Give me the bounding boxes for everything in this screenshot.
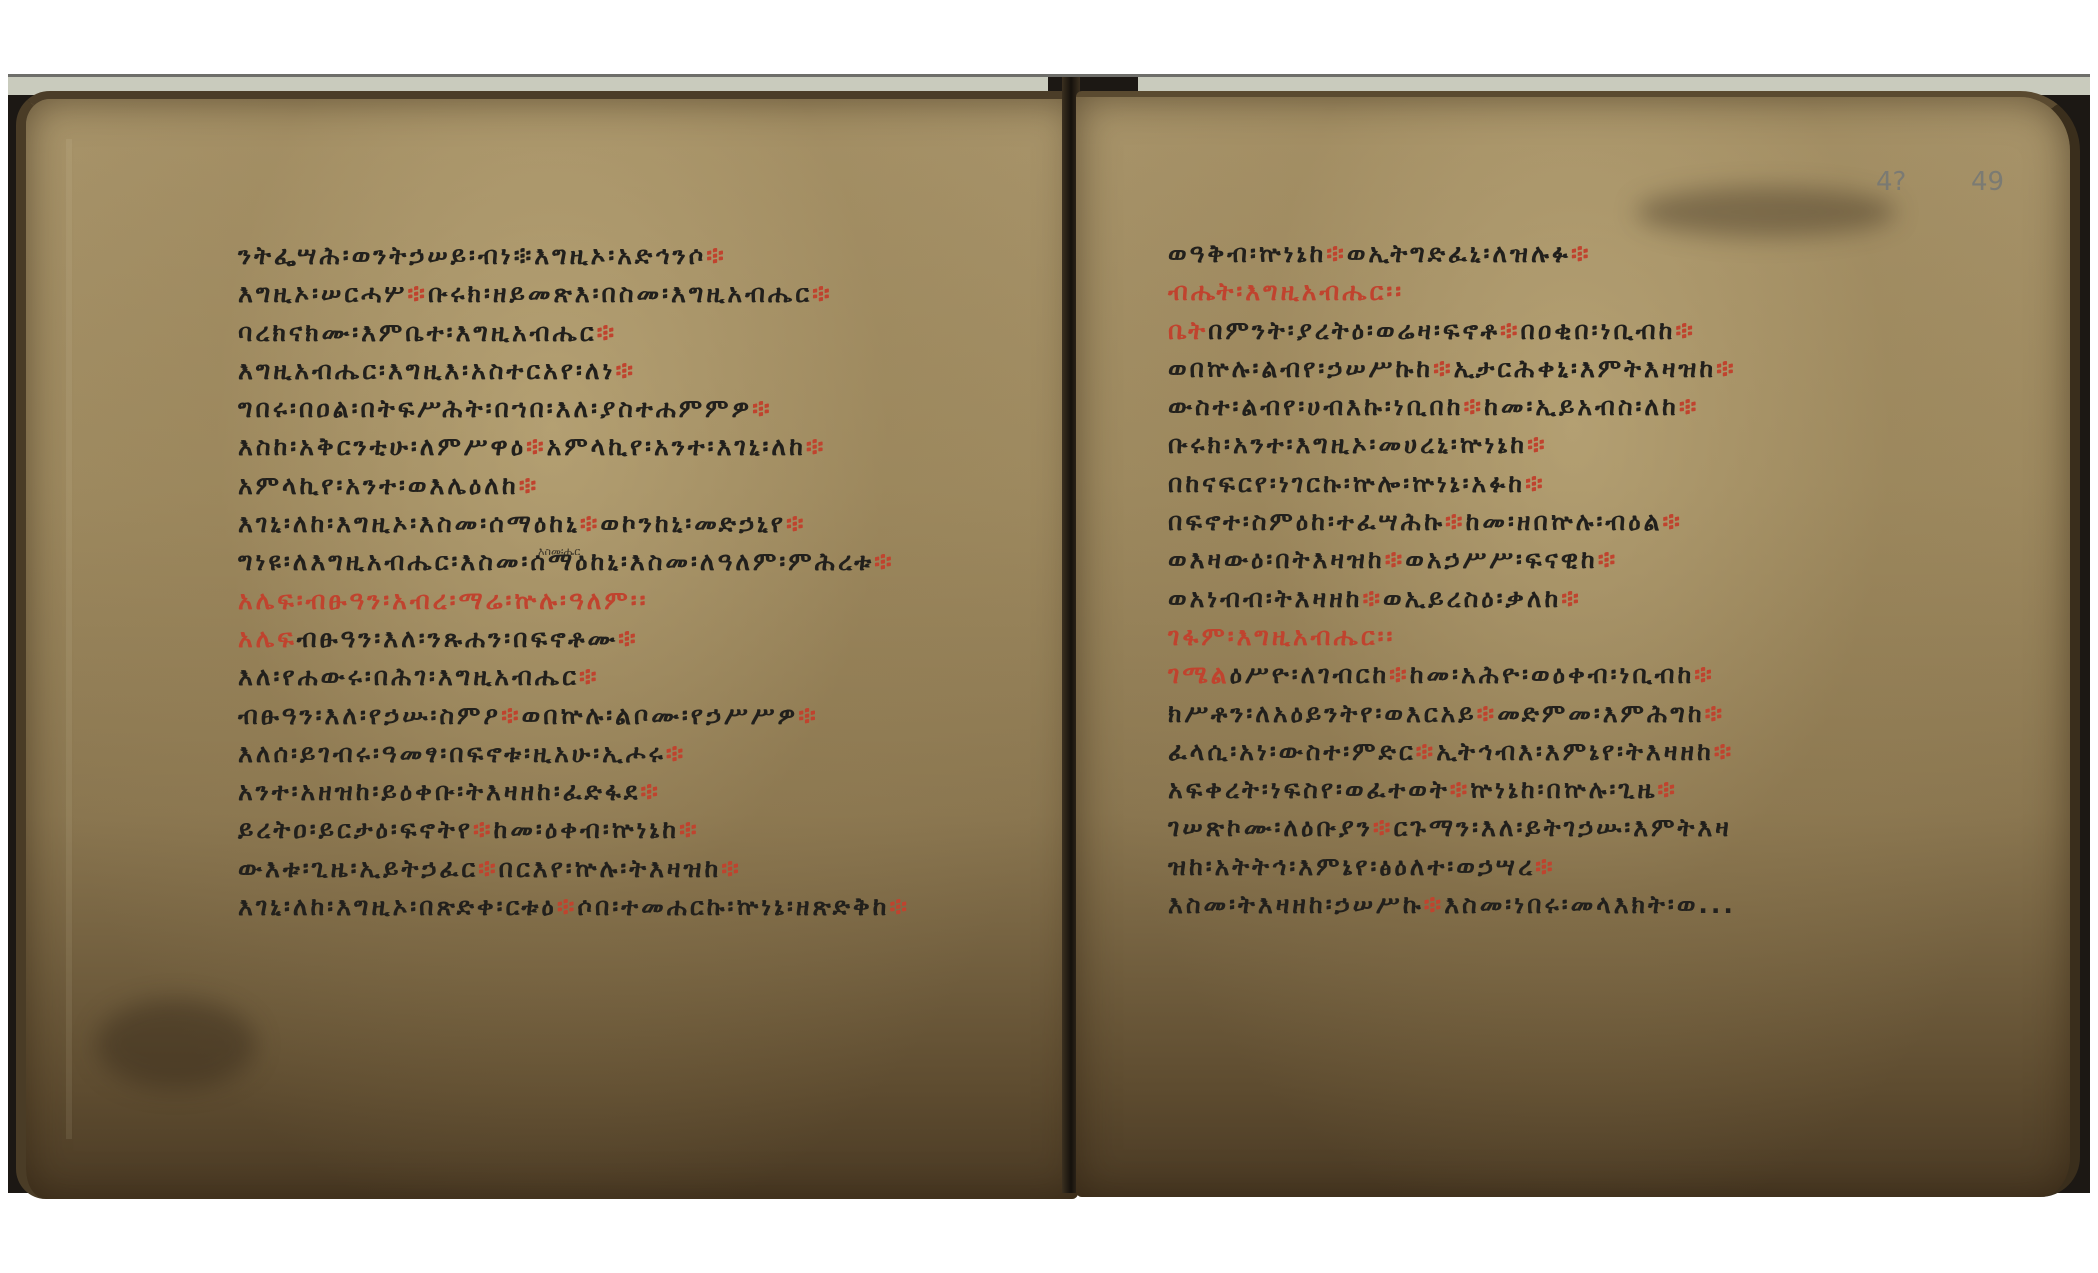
text-line: ቤትበምንት፡ያረትዕ፡ወሬዛ፡ፍኖቶ፨በዐቂበ፡ነቢብከ፨ <box>1168 312 1737 350</box>
text-line: እስመ፡ትእዛዘከ፡ኃሠሥኩ፨እስመ፡ነበሩ፡መላእክት፡ወ... <box>1168 886 1737 924</box>
text-line: ወበኵሉ፡ልብየ፡ኃሠሥኩከ፨ኢታርሕቀኒ፡እምትእዛዝከ፨ <box>1168 350 1737 388</box>
verse-divider-icon: ፨ <box>1500 316 1521 345</box>
verse-end-icon: ፨ <box>1535 852 1556 881</box>
verse-end-icon: ፨ <box>721 854 742 883</box>
text-line: እገኒ፡ለከ፡እግዚኦ፡በጽድቀ፡ርቱዕ፨ሶበ፡ተመሐርኩ፡ኵነኔ፡ዘጽድቅከ፨ <box>238 888 910 926</box>
verse-divider-icon: ፨ <box>1416 737 1437 766</box>
text-line: ገሜልዕሥዮ፡ለገብርከ፨ከመ፡አሕዮ፡ወዕቀብ፡ነቢብከ፨ <box>1168 656 1737 694</box>
text-line: እግዚአብሔር፡እግዚእ፡አስተርአየ፡ለነ፨ <box>238 352 910 390</box>
verse-divider-icon: ፨ <box>1445 507 1466 536</box>
line-text: ፈላሲ፡አነ፡ውስተ፡ምድር <box>1168 737 1416 766</box>
verse-end-icon: ፨ <box>519 471 540 500</box>
verse-divider-icon: ፨ <box>526 432 547 461</box>
verse-end-icon: ፨ <box>798 701 819 730</box>
verse-divider-icon: ፨ <box>1389 660 1410 689</box>
line-text: ይረትዐ፡ይርታዕ፡ፍኖትየ <box>238 815 473 844</box>
verse-end-icon: ፨ <box>1675 316 1696 345</box>
verse-end-icon: ፨ <box>1571 239 1592 268</box>
line-text: በፍኖተ፡ስምዕከ፡ተፈሣሕኩ <box>1168 507 1445 536</box>
verse-end-icon: ፨ <box>806 432 827 461</box>
line-text-continued: ከመ፡ዕቀብ፡ኵነኔከ <box>494 815 680 844</box>
line-text: ገፋም፡እግዚአብሔር፡፡ <box>1168 622 1395 651</box>
line-text: ባረክናክሙ፡እምቤተ፡እግዚአብሔር <box>238 318 597 347</box>
verse-end-icon: ፨ <box>579 662 600 691</box>
line-text: እስከ፡አቅርንቲሁ፡ለምሥዋዕ <box>238 432 526 461</box>
text-line: ክሥቶን፡ለአዕይንትየ፡ወእርአይ፨መድምመ፡እምሕግከ፨ <box>1168 695 1737 733</box>
text-line: በፍኖተ፡ስምዕከ፡ተፈሣሕኩ፨ከመ፡ዘበኵሉ፡ብዕል፨ <box>1168 503 1737 541</box>
text-line: እለሰ፡ይገብሩ፡ዓመፃ፡በፍኖቱ፡ዚአሁ፡ኢሖሩ፨ <box>238 735 910 773</box>
line-text: ወእዛውዕ፡በትእዛዝከ <box>1168 545 1385 574</box>
text-line: ባረክናክሙ፡እምቤተ፡እግዚአብሔር፨ <box>238 314 910 352</box>
line-text-continued: ከመ፡አሕዮ፡ወዕቀብ፡ነቢብከ <box>1410 660 1695 689</box>
verse-end-icon: ፨ <box>1561 584 1582 613</box>
text-line: ወዓቅብ፡ኵነኔከ፨ወኢትግድፈኒ፡ለዝሉፉ፨ <box>1168 235 1737 273</box>
text-line: ወአነብብ፡ትእዛዘከ፨ወኢይረስዕ፡ቃለከ፨ <box>1168 580 1737 618</box>
manuscript-spread: ንትፌሣሕ፡ወንትኃሠይ፡ብነ፨እግዚኦ፡አድኅንሶ፨እግዚኦ፡ሠርሓሦ፨ቡሩክ… <box>8 74 2090 1193</box>
line-text: እግዚኦ፡ሠርሓሦ <box>238 279 407 308</box>
line-text: እስመ፡ትእዛዘከ፡ኃሠሥኩ <box>1168 890 1424 919</box>
right-page: 4? 49 ወዓቅብ፡ኵነኔከ፨ወኢትግድፈኒ፡ለዝሉፉ፨ብሔት፡እግዚአብሔር… <box>1076 91 2080 1197</box>
text-line: ዝከ፡አትትኅ፡እምኔየ፡ፅዕለተ፡ወኃሣረ፨ <box>1168 848 1737 886</box>
verse-divider-icon: ፨ <box>501 701 522 730</box>
line-text-continued: ኢታርሕቀኒ፡እምትእዛዝከ <box>1454 354 1717 383</box>
line-text: ንትፌሣሕ፡ወንትኃሠይ፡ብነ <box>238 241 514 270</box>
rubric-initial: ገሜል <box>1168 660 1230 689</box>
verse-divider-icon: ፨ <box>1450 775 1471 804</box>
line-text: እገኒ፡ለከ፡እግዚኦ፡በጽድቀ፡ርቱዕ <box>238 892 557 921</box>
line-text-continued: ርጉማን፡እለ፡ይትገኃሡ፡እምትእዛ <box>1393 813 1731 842</box>
line-text: ወዓቅብ፡ኵነኔከ <box>1168 239 1326 268</box>
text-line: ብፁዓን፡እለ፡የኃሡ፡ስምዖ፨ወበኵሉ፡ልቦሙ፡የኃሥሥዎ፨ <box>238 697 910 735</box>
line-text: ክሥቶን፡ለአዕይንትየ፡ወእርአይ <box>1168 699 1477 728</box>
text-line: ግነዩ፡ለእግዚአብሔር፡እስመ፡ሰማዕከኒ፡እስመ፡ለዓለም፡ምሕረቱ፨እስመ… <box>238 543 910 581</box>
text-line: ግበሩ፡በዐል፡በትፍሥሕት፡በኀበ፡እለ፡ያስተሐምምዎ፨ <box>238 390 910 428</box>
line-text-continued: ወኢይረስዕ፡ቃለከ <box>1383 584 1561 613</box>
verse-end-icon: ፨ <box>1716 354 1737 383</box>
verse-divider-icon: ፨ <box>1433 354 1454 383</box>
text-line: እስከ፡አቅርንቲሁ፡ለምሥዋዕ፨አምላኪየ፡አንተ፡እገኒ፡ለከ፨ <box>238 428 910 466</box>
line-text: በምንት፡ያረትዕ፡ወሬዛ፡ፍኖቶ <box>1208 316 1500 345</box>
verse-end-icon: ፨ <box>1598 545 1619 574</box>
line-text: አንተ፡አዘዝከ፡ይዕቀቡ፡ትእዛዘከ፡ፈድፋደ <box>238 777 640 806</box>
verse-divider-icon: ፨ <box>478 854 499 883</box>
line-text-continued: ወኢትግድፈኒ፡ለዝሉፉ <box>1347 239 1571 268</box>
folio-number-faint: 4? <box>1876 167 1906 197</box>
line-text: እለ፡የሐውሩ፡በሕገ፡እግዚአብሔር <box>238 662 579 691</box>
verse-end-icon: ፨ <box>1662 507 1683 536</box>
text-line: ቡሩክ፡አንተ፡እግዚኦ፡መሀረኒ፡ኵነኔከ፨ <box>1168 426 1737 464</box>
line-text-continued: ወአኃሥሥ፡ፍናዊከ <box>1405 545 1597 574</box>
verse-divider-icon: ፨ <box>1373 813 1394 842</box>
verse-end-icon: ፨ <box>615 356 636 385</box>
text-line: አሌፍብፁዓን፡እለ፡ንጹሐን፡በፍኖቶሙ፨ <box>238 620 910 658</box>
verse-end-icon: ፨ <box>679 815 700 844</box>
text-line: ብሔት፡እግዚአብሔር፡፡ <box>1168 273 1737 311</box>
line-text-continued: ወኮንከኒ፡መድኃኒየ <box>600 509 786 538</box>
text-line: እለ፡የሐውሩ፡በሕገ፡እግዚአብሔር፨ <box>238 658 910 696</box>
text-line: ፈላሲ፡አነ፡ውስተ፡ምድር፨ኢትኅብእ፡እምኔየ፡ትእዛዘከ፨ <box>1168 733 1737 771</box>
line-text: ገሠጽኮሙ፡ለዕቡያን <box>1168 813 1373 842</box>
line-text-continued: እስመ፡ነበሩ፡መላእክት፡ወ... <box>1444 890 1736 919</box>
line-text: እለሰ፡ይገብሩ፡ዓመፃ፡በፍኖቱ፡ዚአሁ፡ኢሖሩ <box>238 739 666 768</box>
verse-divider-icon: ፨ <box>580 509 601 538</box>
line-text-continued: ቡሩክ፡ዘይመጽእ፡በስመ፡እግዚአብሔር <box>428 279 812 308</box>
verse-divider-icon: ፨ <box>1326 239 1347 268</box>
line-text: ብፁዓን፡እለ፡ንጹሐን፡በፍኖቶሙ <box>297 624 618 653</box>
verse-end-icon: ፨ <box>889 892 910 921</box>
left-page-text: ንትፌሣሕ፡ወንትኃሠይ፡ብነ፨እግዚኦ፡አድኅንሶ፨እግዚኦ፡ሠርሓሦ፨ቡሩክ… <box>238 237 910 926</box>
line-text-continued: በርእየ፡ኵሉ፡ትእዛዝከ <box>499 854 722 883</box>
verse-end-icon: ፨ <box>812 279 833 308</box>
stain-mark <box>1636 187 1896 237</box>
text-line: አንተ፡አዘዝከ፡ይዕቀቡ፡ትእዛዘከ፡ፈድፋደ፨ <box>238 773 910 811</box>
interlinear-gloss: እስመ፡ሔር <box>538 533 580 571</box>
text-line: ውእቱ፡ጊዜ፡ኢይትኃፈር፨በርእየ፡ኵሉ፡ትእዛዝከ፨ <box>238 850 910 888</box>
text-line: አፍቀረት፡ነፍስየ፡ወፈተወት፨ኵነኔከ፡በኵሉ፡ጊዜ፨ <box>1168 771 1737 809</box>
verse-end-icon: ፨ <box>1525 469 1546 498</box>
verse-end-icon: ፨ <box>666 739 687 768</box>
left-page: ንትፌሣሕ፡ወንትኃሠይ፡ብነ፨እግዚኦ፡አድኅንሶ፨እግዚኦ፡ሠርሓሦ፨ቡሩክ… <box>16 91 1078 1199</box>
line-text: አፍቀረት፡ነፍስየ፡ወፈተወት <box>1168 775 1450 804</box>
verse-divider-icon: ፨ <box>1477 699 1498 728</box>
line-text: ብፁዓን፡እለ፡የኃሡ፡ስምዖ <box>238 701 501 730</box>
line-text-continued: ከመ፡ኢይአብስ፡ለከ <box>1484 392 1679 421</box>
line-text: ውስተ፡ልብየ፡ሀብእኩ፡ነቢበከ <box>1168 392 1464 421</box>
text-line: ንትፌሣሕ፡ወንትኃሠይ፡ብነ፨እግዚኦ፡አድኅንሶ፨ <box>238 237 910 275</box>
verse-end-icon: ፨ <box>618 624 639 653</box>
verse-end-icon: ፨ <box>640 777 661 806</box>
stain-mark <box>96 999 256 1089</box>
line-text: እገኒ፡ለከ፡እግዚኦ፡እስመ፡ሰማዕከኒ <box>238 509 580 538</box>
line-text-continued: ከመ፡ዘበኵሉ፡ብዕል <box>1466 507 1663 536</box>
verse-end-icon: ፨ <box>1694 660 1715 689</box>
verse-end-icon: ፨ <box>597 318 618 347</box>
text-line: ገሠጽኮሙ፡ለዕቡያን፨ርጉማን፡እለ፡ይትገኃሡ፡እምትእዛ <box>1168 809 1737 847</box>
line-text-continued: ሶበ፡ተመሐርኩ፡ኵነኔ፡ዘጽድቅከ <box>577 892 889 921</box>
line-text-end: ፨እግዚኦ፡አድኅንሶ <box>514 241 707 270</box>
line-text-continued: አምላኪየ፡አንተ፡እገኒ፡ለከ <box>547 432 806 461</box>
text-line: ወእዛውዕ፡በትእዛዝከ፨ወአኃሥሥ፡ፍናዊከ፨ <box>1168 541 1737 579</box>
verse-end-icon: ፨ <box>1705 699 1726 728</box>
line-text: እግዚአብሔር፡እግዚእ፡አስተርአየ፡ለነ <box>238 356 615 385</box>
text-line: እግዚኦ፡ሠርሓሦ፨ቡሩክ፡ዘይመጽእ፡በስመ፡እግዚአብሔር፨ <box>238 275 910 313</box>
line-text-continued: ኢትኅብእ፡እምኔየ፡ትእዛዘከ <box>1436 737 1714 766</box>
verse-end-icon: ፨ <box>752 394 773 423</box>
line-text: ዕሥዮ፡ለገብርከ <box>1230 660 1390 689</box>
verse-divider-icon: ፨ <box>1385 545 1406 574</box>
line-text-continued: በዐቂበ፡ነቢብከ <box>1521 316 1676 345</box>
text-line: ይረትዐ፡ይርታዕ፡ፍኖትየ፨ከመ፡ዕቀብ፡ኵነኔከ፨ <box>238 811 910 849</box>
line-text-continued: ወበኵሉ፡ልቦሙ፡የኃሥሥዎ <box>522 701 799 730</box>
verse-end-icon: ፨ <box>1714 737 1735 766</box>
folio-number: 49 <box>1971 167 2004 197</box>
verse-divider-icon: ፨ <box>1464 392 1485 421</box>
line-text: አሌፍ፡ብፁዓን፡አብረ፡ማሬ፡ኵሉ፡ዓለም፡፡ <box>238 586 649 615</box>
page-fold-line <box>66 139 72 1139</box>
line-text: ውእቱ፡ጊዜ፡ኢይትኃፈር <box>238 854 478 883</box>
verse-divider-icon: ፨ <box>473 815 494 844</box>
line-text: በከናፍርየ፡ነገርኩ፡ኵሎ፡ኵነኔ፡አፉከ <box>1168 469 1525 498</box>
text-line: ገፋም፡እግዚአብሔር፡፡ <box>1168 618 1737 656</box>
line-text: አምላኪየ፡አንተ፡ወእሌዕለከ <box>238 471 519 500</box>
verse-end-icon: ፨ <box>1527 430 1548 459</box>
line-text: ወአነብብ፡ትእዛዘከ <box>1168 584 1362 613</box>
line-text-continued: ኵነኔከ፡በኵሉ፡ጊዜ <box>1470 775 1657 804</box>
verse-end-icon: ፨ <box>874 547 895 576</box>
verse-end-icon: ፨ <box>1679 392 1700 421</box>
right-page-text: ወዓቅብ፡ኵነኔከ፨ወኢትግድፈኒ፡ለዝሉፉ፨ብሔት፡እግዚአብሔር፡፡ቤትበም… <box>1168 235 1737 924</box>
text-line: በከናፍርየ፡ነገርኩ፡ኵሎ፡ኵነኔ፡አፉከ፨ <box>1168 465 1737 503</box>
text-line: አምላኪየ፡አንተ፡ወእሌዕለከ፨ <box>238 467 910 505</box>
verse-end-icon: ፨ <box>1657 775 1678 804</box>
line-text: ብሔት፡እግዚአብሔር፡፡ <box>1168 277 1404 306</box>
verse-end-icon: ፨ <box>706 241 727 270</box>
line-text: ዝከ፡አትትኅ፡እምኔየ፡ፅዕለተ፡ወኃሣረ <box>1168 852 1535 881</box>
rubric-initial: ቤት <box>1168 316 1208 345</box>
text-line: አሌፍ፡ብፁዓን፡አብረ፡ማሬ፡ኵሉ፡ዓለም፡፡ <box>238 582 910 620</box>
verse-end-icon: ፨ <box>786 509 807 538</box>
line-text: ወበኵሉ፡ልብየ፡ኃሠሥኩከ <box>1168 354 1433 383</box>
verse-divider-icon: ፨ <box>1424 890 1445 919</box>
line-text: ግበሩ፡በዐል፡በትፍሥሕት፡በኀበ፡እለ፡ያስተሐምምዎ <box>238 394 752 423</box>
text-line: ውስተ፡ልብየ፡ሀብእኩ፡ነቢበከ፨ከመ፡ኢይአብስ፡ለከ፨ <box>1168 388 1737 426</box>
line-text-continued: መድምመ፡እምሕግከ <box>1497 699 1704 728</box>
verse-divider-icon: ፨ <box>1362 584 1383 613</box>
line-text: ቡሩክ፡አንተ፡እግዚኦ፡መሀረኒ፡ኵነኔከ <box>1168 430 1527 459</box>
rubric-initial: አሌፍ <box>238 624 297 653</box>
verse-divider-icon: ፨ <box>407 279 428 308</box>
verse-divider-icon: ፨ <box>557 892 578 921</box>
